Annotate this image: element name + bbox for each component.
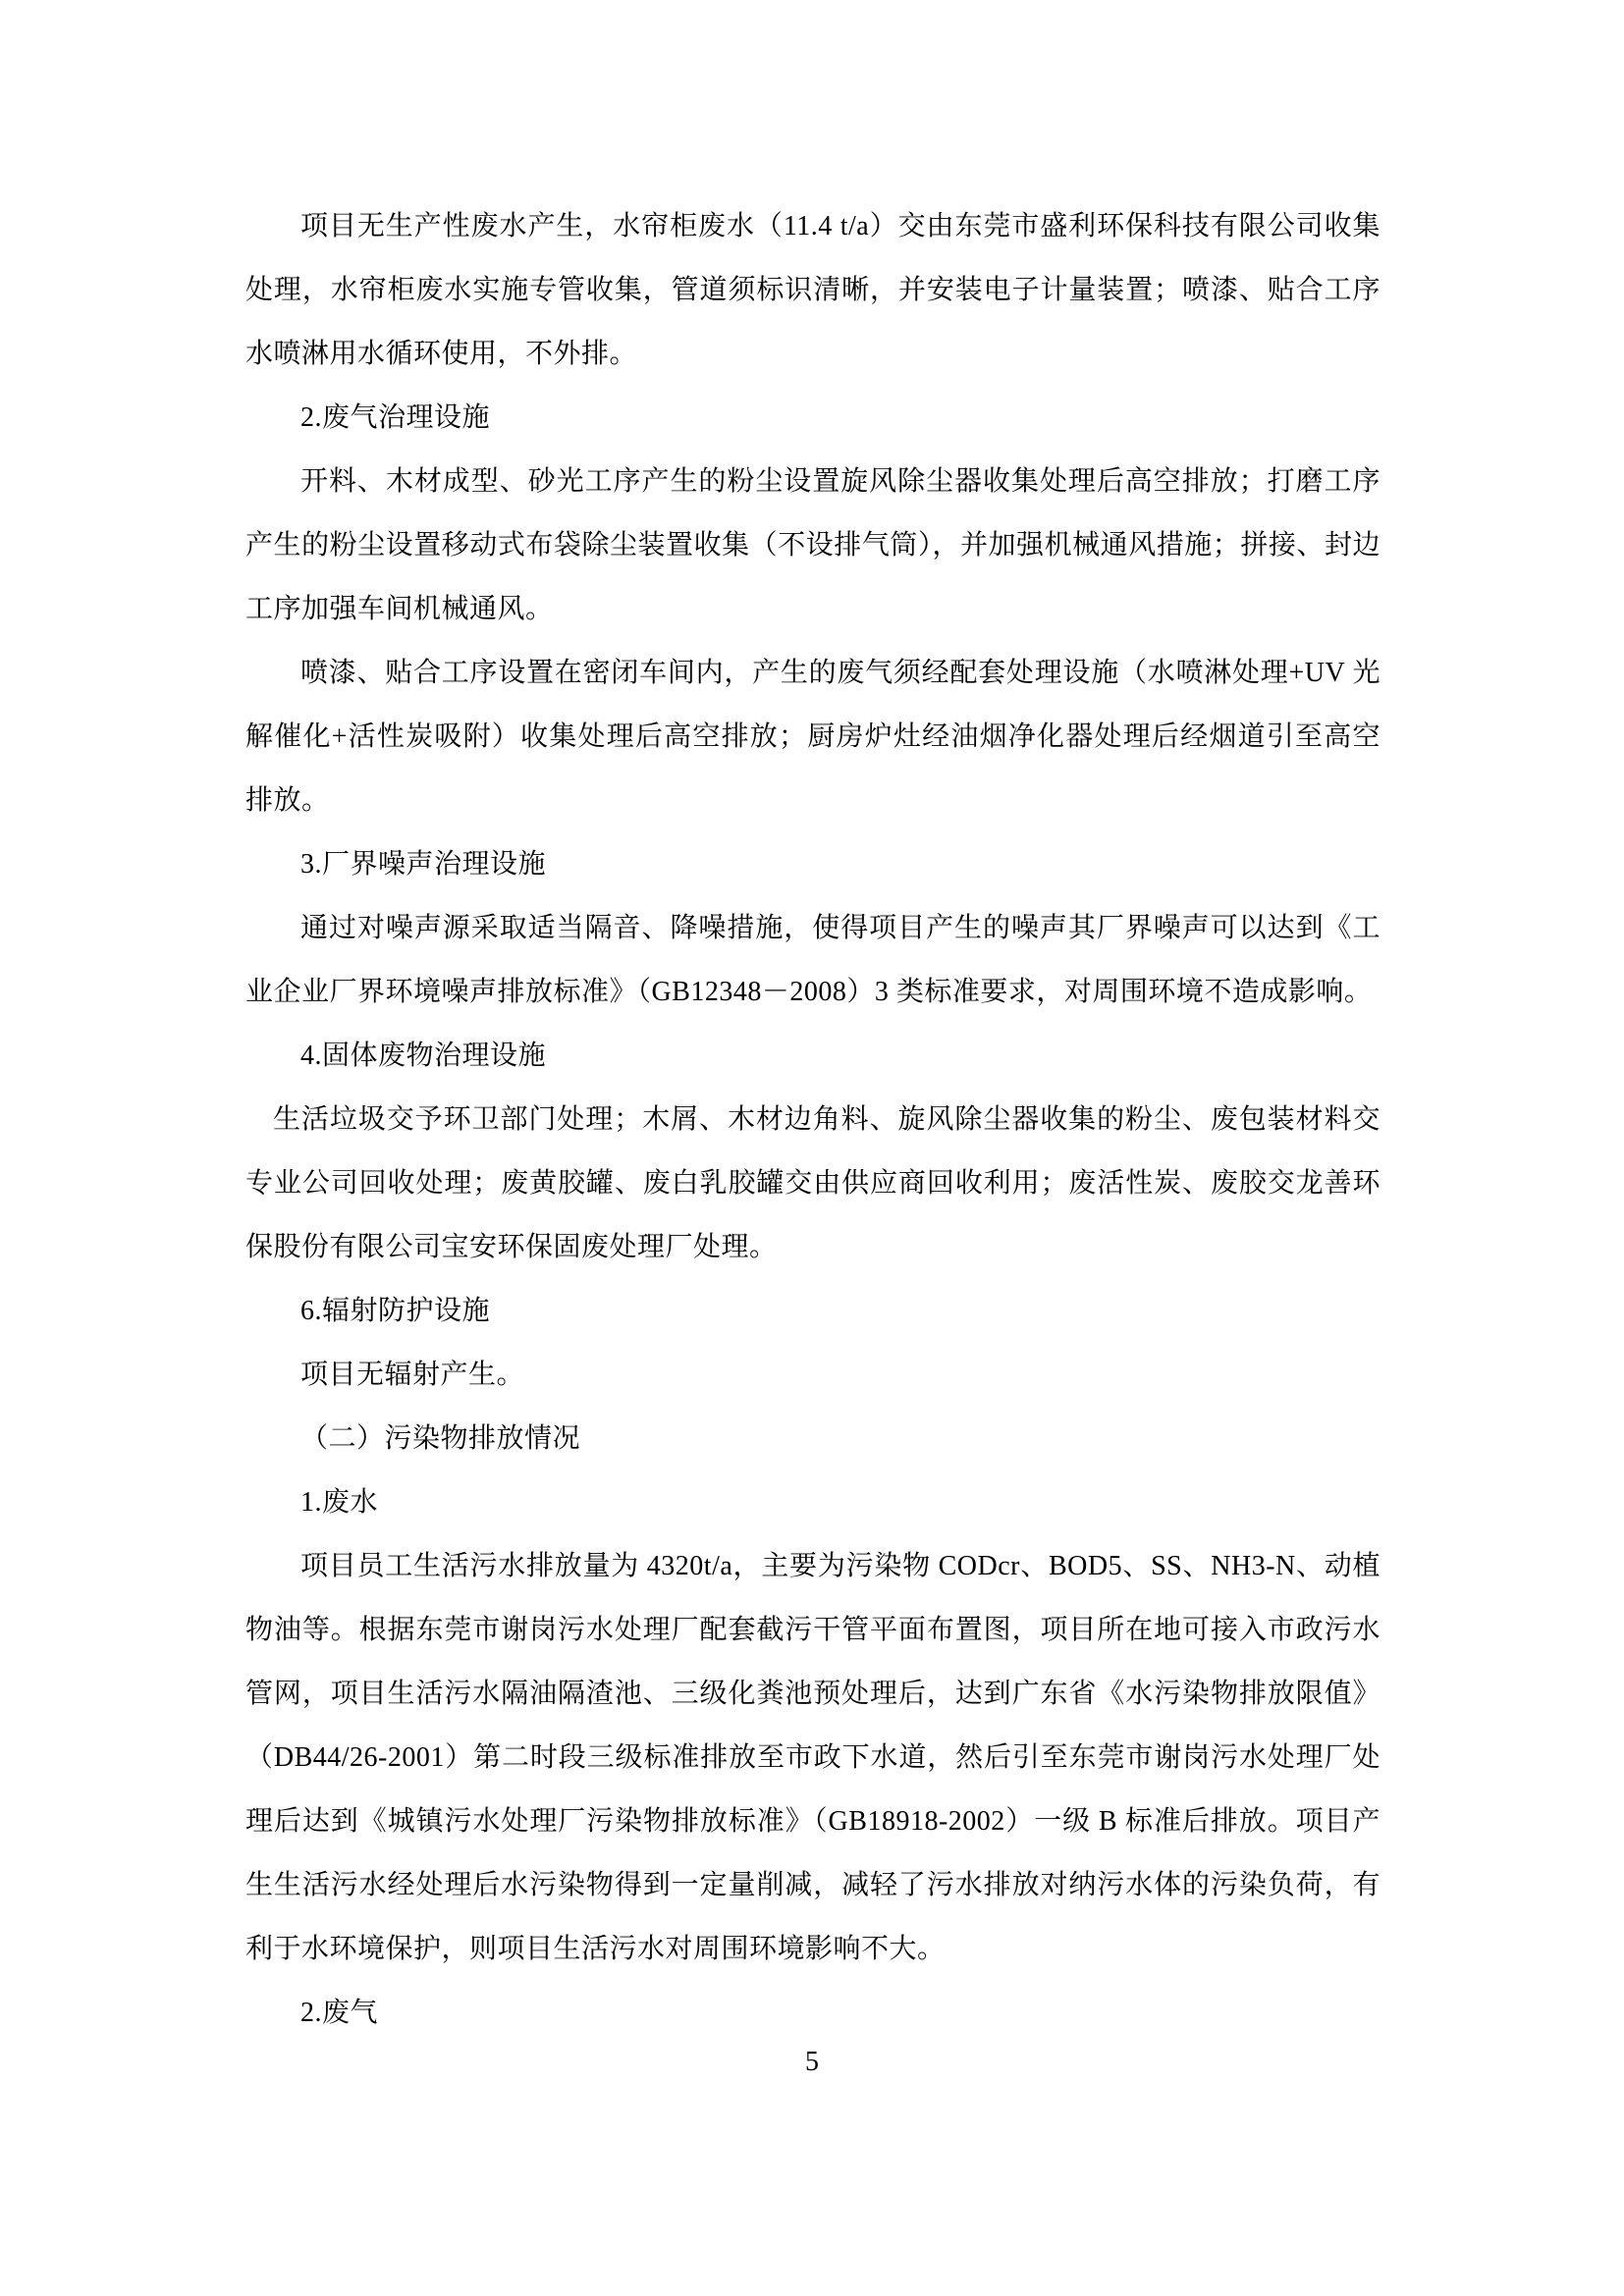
para-wastewater-production: 项目无生产性废水产生，水帘柜废水（11.4 t/a）交由东莞市盛利环保科技有限公…: [245, 194, 1380, 386]
document-body: 项目无生产性废水产生，水帘柜废水（11.4 t/a）交由东莞市盛利环保科技有限公…: [245, 194, 1380, 2045]
page-number: 5: [0, 2030, 1624, 2094]
para-dust-treatment: 开料、木材成型、砂光工序产生的粉尘设置旋风除尘器收集处理后高空排放；打磨工序产生…: [245, 450, 1380, 641]
para-spray-paint-gas: 喷漆、贴合工序设置在密闭车间内，产生的废气须经配套处理设施（水喷淋处理+UV 光…: [245, 641, 1380, 832]
heading-waste-gas-treatment: 2.废气治理设施: [245, 386, 1380, 450]
para-wastewater-discharge: 项目员工生活污水排放量为 4320t/a，主要为污染物 CODcr、BOD5、S…: [245, 1534, 1380, 1981]
heading-wastewater: 1.废水: [245, 1470, 1380, 1534]
heading-pollutant-discharge: （二）污染物排放情况: [245, 1407, 1380, 1470]
para-noise-measures: 通过对噪声源采取适当隔音、降噪措施，使得项目产生的噪声其厂界噪声可以达到《工业企…: [245, 896, 1380, 1024]
document-page: 项目无生产性废水产生，水帘柜废水（11.4 t/a）交由东莞市盛利环保科技有限公…: [0, 0, 1624, 2296]
heading-boundary-noise: 3.厂界噪声治理设施: [245, 832, 1380, 896]
heading-radiation-protection: 6.辐射防护设施: [245, 1279, 1380, 1343]
para-no-radiation: 项目无辐射产生。: [245, 1343, 1380, 1407]
para-solid-waste-disposal: 生活垃圾交予环卫部门处理；木屑、木材边角料、旋风除尘器收集的粉尘、废包装材料交专…: [245, 1088, 1380, 1279]
heading-solid-waste: 4.固体废物治理设施: [245, 1024, 1380, 1088]
